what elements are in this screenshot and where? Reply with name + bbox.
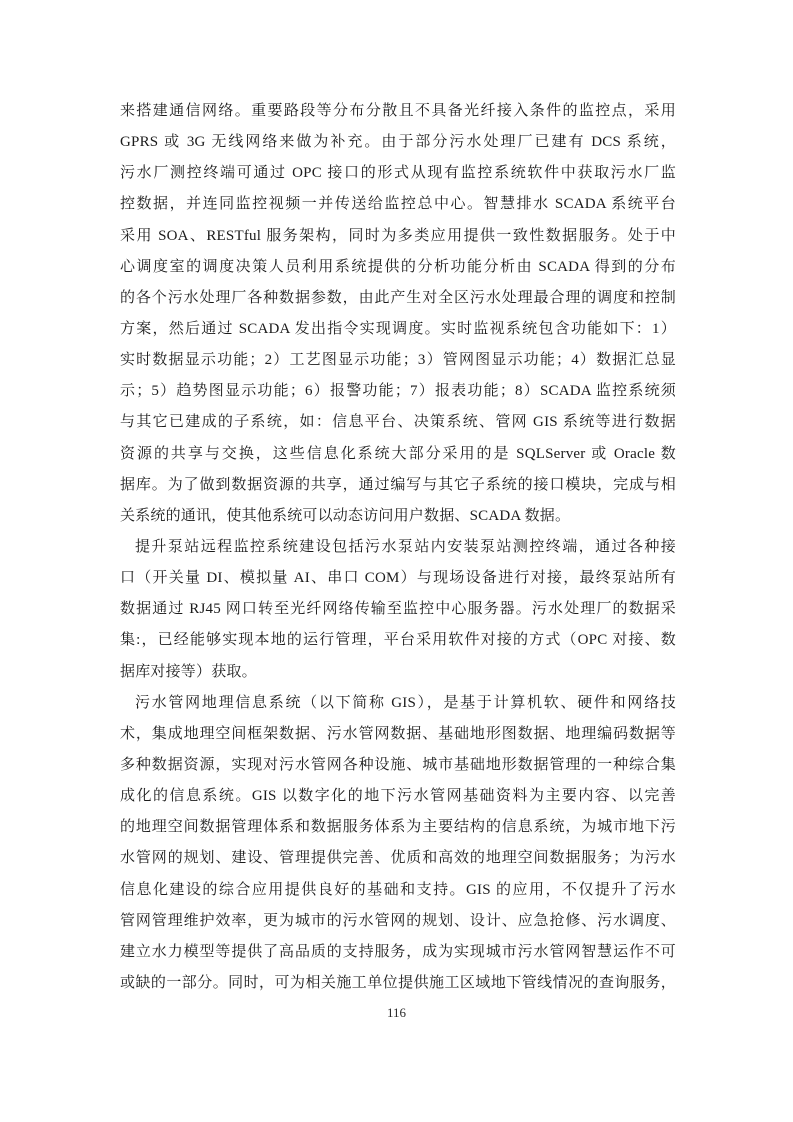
text-line: GPRS 或 3G 无线网络来做为补充。由于部分污水处理厂已建有 DCS 系统， [120,127,676,158]
text-line: 资源的共享与交换，这些信息化系统大部分采用的是 SQLServer 或 Orac… [120,439,676,470]
text-line: 来搭建通信网络。重要路段等分布分散且不具备光纤接入条件的监控点，采用 [120,96,676,127]
text-line: 管网管理维护效率，更为城市的污水管网的规划、设计、应急抢修、污水调度、 [120,906,676,937]
text-line: 的各个污水处理厂各种数据参数，由此产生对全区污水处理最合理的调度和控制 [120,283,676,314]
text-line: 与其它已建成的子系统，如：信息平台、决策系统、管网 GIS 系统等进行数据 [120,407,676,438]
text-line: 污水厂测控终端可通过 OPC 接口的形式从现有监控系统软件中获取污水厂监 [120,158,676,189]
text-block: 来搭建通信网络。重要路段等分布分散且不具备光纤接入条件的监控点，采用GPRS 或… [120,96,676,999]
text-line: 水管网的规划、建设、管理提供完善、优质和高效的地理空间数据服务；为污水 [120,843,676,874]
text-line: 关系统的通讯，使其他系统可以动态访问用户数据、SCADA 数据。 [120,501,676,532]
text-line: 提升泵站远程监控系统建设包括污水泵站内安装泵站测控终端，通过各种接 [120,532,676,563]
text-line: 的地理空间数据管理体系和数据服务体系为主要结构的信息系统，为城市地下污 [120,812,676,843]
text-line: 术，集成地理空间框架数据、污水管网数据、基础地形图数据、地理编码数据等 [120,719,676,750]
text-line: 数据通过 RJ45 网口转至光纤网络传输至监控中心服务器。污水处理厂的数据采 [120,594,676,625]
text-line: 据库对接等）获取。 [120,657,676,688]
page-number: 116 [387,1005,406,1020]
paragraph: 污水管网地理信息系统（以下简称 GIS），是基于计算机软、硬件和网络技术，集成地… [120,688,676,999]
text-line: 或缺的一部分。同时，可为相关施工单位提供施工区域地下管线情况的查询服务， [120,968,676,999]
text-line: 方案，然后通过 SCADA 发出指令实现调度。实时监视系统包含功能如下：1） [120,314,676,345]
text-line: 实时数据显示功能；2）工艺图显示功能；3）管网图显示功能；4）数据汇总显 [120,345,676,376]
page-footer: 116 [0,1005,793,1021]
text-line: 集:，已经能够实现本地的运行管理，平台采用软件对接的方式（OPC 对接、数 [120,625,676,656]
text-line: 采用 SOA、RESTful 服务架构，同时为多类应用提供一致性数据服务。处于中 [120,221,676,252]
text-line: 据库。为了做到数据资源的共享，通过编写与其它子系统的接口模块，完成与相 [120,470,676,501]
text-line: 心调度室的调度决策人员利用系统提供的分析功能分析由 SCADA 得到的分布 [120,252,676,283]
text-line: 信息化建设的综合应用提供良好的基础和支持。GIS 的应用，不仅提升了污水 [120,875,676,906]
text-line: 污水管网地理信息系统（以下简称 GIS），是基于计算机软、硬件和网络技 [120,688,676,719]
text-line: 建立水力模型等提供了高品质的支持服务，成为实现城市污水管网智慧运作不可 [120,937,676,968]
text-line: 成化的信息系统。GIS 以数字化的地下污水管网基础资料为主要内容、以完善 [120,781,676,812]
paragraph: 提升泵站远程监控系统建设包括污水泵站内安装泵站测控终端，通过各种接口（开关量 D… [120,532,676,688]
document-page: 来搭建通信网络。重要路段等分布分散且不具备光纤接入条件的监控点，采用GPRS 或… [0,0,793,1122]
text-line: 控数据，并连同监控视频一并传送给监控总中心。智慧排水 SCADA 系统平台 [120,189,676,220]
paragraph: 来搭建通信网络。重要路段等分布分散且不具备光纤接入条件的监控点，采用GPRS 或… [120,96,676,532]
text-line: 多种数据资源，实现对污水管网各种设施、城市基础地形数据管理的一种综合集 [120,750,676,781]
text-line: 示；5）趋势图显示功能；6）报警功能；7）报表功能；8）SCADA 监控系统须 [120,376,676,407]
text-line: 口（开关量 DI、模拟量 AI、串口 COM）与现场设备进行对接，最终泵站所有 [120,563,676,594]
